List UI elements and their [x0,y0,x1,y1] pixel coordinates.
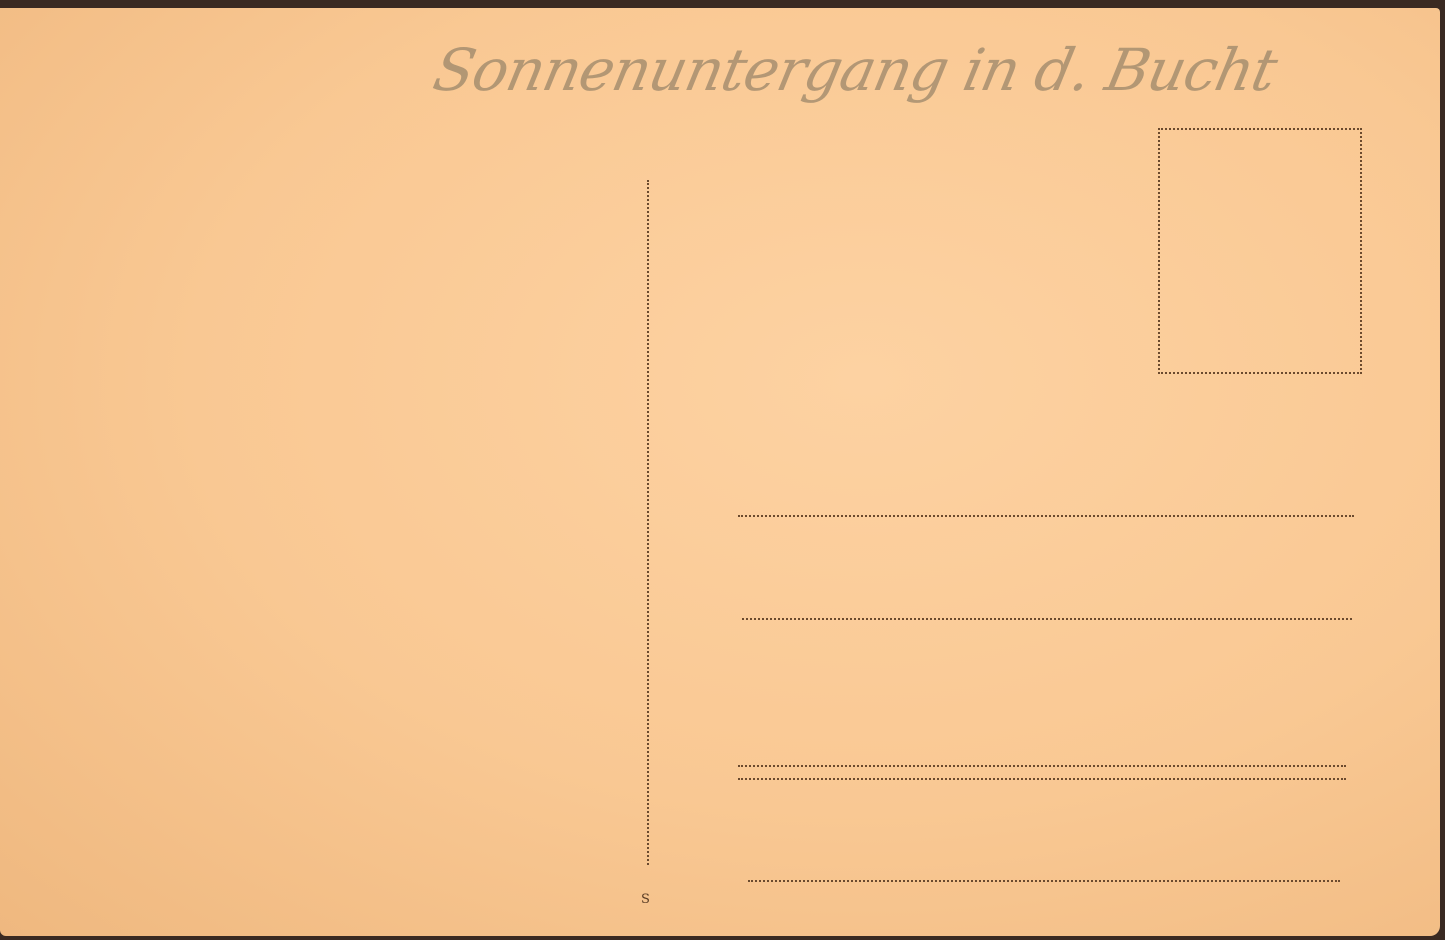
address-line-1 [738,515,1354,517]
address-line-3 [738,765,1346,767]
address-line-4 [738,778,1346,780]
postcard-back: Sonnenuntergang in d. Bucht S [0,8,1440,936]
printer-mark: S [641,892,650,907]
handwritten-caption: Sonnenuntergang in d. Bucht [428,36,1283,104]
stamp-box [1158,128,1362,374]
address-line-5 [748,880,1340,882]
address-line-2 [742,618,1352,620]
center-divider-dotted [647,180,649,865]
